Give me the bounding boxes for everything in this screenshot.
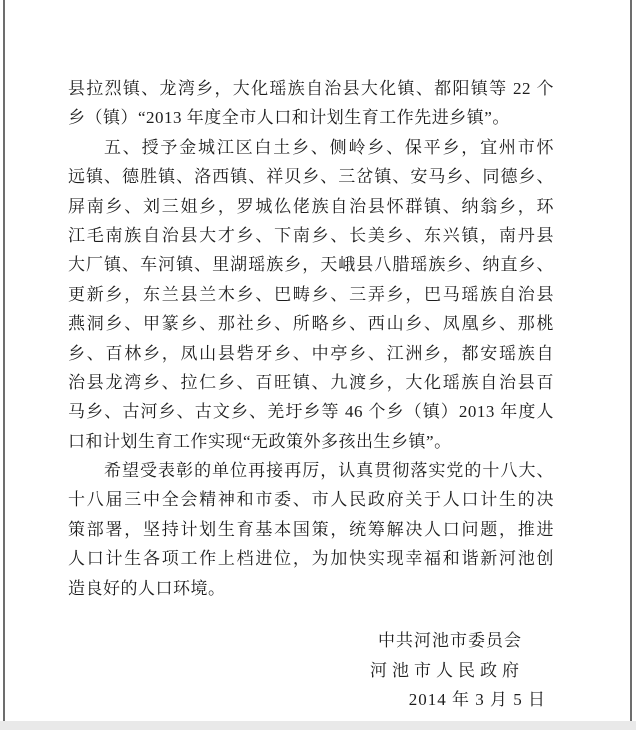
signature-block: 中共河池市委员会河池市人民政府2014 年 3 月 5 日 bbox=[0, 626, 636, 715]
text-line: 人口计生各项工作上档进位，为加快实现幸福和谐新河池创 bbox=[68, 544, 554, 573]
document-body-text: 县拉烈镇、龙湾乡，大化瑶族自治县大化镇、都阳镇等 22 个乡（镇）“2013 年… bbox=[68, 74, 554, 603]
text-line: 五、授予金城江区白土乡、侧岭乡、保平乡，宜州市怀 bbox=[68, 133, 554, 162]
signature-line: 中共河池市委员会 bbox=[0, 626, 522, 656]
text-line: 县拉烈镇、龙湾乡，大化瑶族自治县大化镇、都阳镇等 22 个 bbox=[68, 74, 554, 103]
page-left-edge-line bbox=[3, 0, 5, 721]
text-line: 口和计划生育工作实现“无政策外多孩出生乡镇”。 bbox=[68, 427, 554, 456]
text-line: 乡（镇）“2013 年度全市人口和计划生育工作先进乡镇”。 bbox=[68, 103, 554, 132]
text-line: 更新乡，东兰县兰木乡、巴畴乡、三弄乡，巴马瑶族自治县 bbox=[68, 280, 554, 309]
document-page: 县拉烈镇、龙湾乡，大化瑶族自治县大化镇、都阳镇等 22 个乡（镇）“2013 年… bbox=[0, 0, 636, 730]
text-line: 造良好的人口环境。 bbox=[68, 574, 554, 603]
text-line: 治县龙湾乡、拉仁乡、百旺镇、九渡乡，大化瑶族自治县百 bbox=[68, 368, 554, 397]
text-line: 乡、百林乡，凤山县砦牙乡、中亭乡、江洲乡，都安瑶族自 bbox=[68, 339, 554, 368]
text-line: 远镇、德胜镇、洛西镇、祥贝乡、三岔镇、安马乡、同德乡、 bbox=[68, 162, 554, 191]
text-line: 江毛南族自治县大才乡、下南乡、长美乡、东兴镇，南丹县 bbox=[68, 221, 554, 250]
text-line: 马乡、古河乡、古文乡、羌圩乡等 46 个乡（镇）2013 年度人 bbox=[68, 397, 554, 426]
text-line: 大厂镇、车河镇、里湖瑶族乡，天峨县八腊瑶族乡、纳直乡、 bbox=[68, 250, 554, 279]
text-line: 十八届三中全会精神和市委、市人民政府关于人口计生的决 bbox=[68, 485, 554, 514]
text-line: 屏南乡、刘三姐乡，罗城仫佬族自治县怀群镇、纳翁乡，环 bbox=[68, 192, 554, 221]
text-line: 策部署，坚持计划生育基本国策，统筹解决人口问题，推进 bbox=[68, 515, 554, 544]
page-bottom-edge bbox=[0, 721, 636, 730]
text-line: 希望受表彰的单位再接再厉，认真贯彻落实党的十八大、 bbox=[68, 456, 554, 485]
signature-date-line: 2014 年 3 月 5 日 bbox=[0, 685, 546, 715]
page-right-edge-line bbox=[630, 0, 632, 721]
text-line: 燕洞乡、甲篆乡、那社乡、所略乡、西山乡、凤凰乡、那桃 bbox=[68, 309, 554, 338]
signature-line: 河池市人民政府 bbox=[0, 656, 524, 686]
